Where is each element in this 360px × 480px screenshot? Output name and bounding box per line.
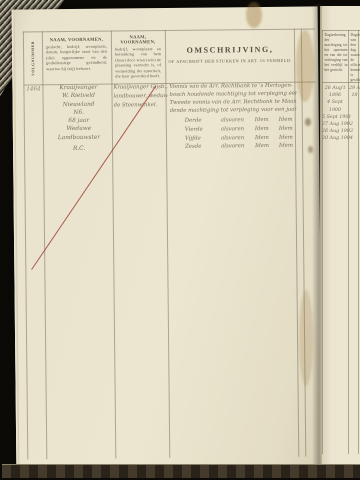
requester-column-header: NAAM, VOORNAMEN, bedrijf, woonplaats en … bbox=[112, 34, 164, 79]
rp-column1-dates: 26 Aug't18964 Sept19005 Sept 190127 Aug … bbox=[322, 86, 348, 144]
paper-stain bbox=[246, 2, 262, 28]
table-left-border bbox=[23, 31, 28, 459]
record-description-rows: DerdealsvorenIdemIdemVierdealsvorenIdemI… bbox=[185, 117, 297, 153]
book-bottom-edge bbox=[2, 464, 360, 478]
patient-header-title: NAAM, VOORNAMEN, bbox=[43, 37, 110, 43]
requester-header-subtitle: bedrijf, woonplaats en betrekking van he… bbox=[112, 46, 164, 79]
paper-stain bbox=[299, 290, 313, 386]
rp-column1-header: Dagteekening der machtiging tot het opne… bbox=[323, 31, 349, 75]
record-volgnummer: 1464 bbox=[21, 86, 45, 92]
page-edge-highlight bbox=[12, 10, 20, 468]
table-top-rule bbox=[23, 28, 315, 32]
book-photo: VOLGNUMMER NAAM, VOORNAMEN, geslacht, be… bbox=[0, 0, 360, 480]
volgnummer-column-header: VOLGNUMMER bbox=[23, 31, 43, 84]
paper-stain bbox=[296, 30, 314, 102]
requester-header-title: NAAM, VOORNAMEN, bbox=[112, 34, 164, 45]
patient-header-subtitle: geslacht, bedrijf, woonplaats, datum, bu… bbox=[43, 44, 110, 72]
description-header-title: OMSCHRIJVING, bbox=[166, 45, 294, 55]
description-column-header: OMSCHRIJVING, OF AFSCHRIFT DER STUKKEN I… bbox=[166, 45, 294, 64]
register-left-page: VOLGNUMMER NAAM, VOORNAMEN, geslacht, be… bbox=[12, 6, 323, 467]
rp-column2-header: Dagteekening van den dag waarop de offic… bbox=[349, 31, 360, 85]
record-description-text: Vonnis van de Arr. Rechtbank te 's Herto… bbox=[169, 83, 296, 116]
volgnummer-label: VOLGNUMMER bbox=[30, 40, 34, 75]
description-header-subtitle: OF AFSCHRIFT DER STUKKEN IN ART. 16 VERM… bbox=[166, 58, 294, 64]
ink-speck bbox=[305, 118, 311, 126]
rp-column2-dates: 29 A18 bbox=[349, 86, 360, 100]
record-patient-details: KraaijvangerW. RietveldNieuwlandN6.68 ja… bbox=[44, 85, 113, 155]
patient-column-header: NAAM, VOORNAMEN, geslacht, bedrijf, woon… bbox=[43, 37, 110, 72]
ink-speck bbox=[308, 146, 313, 153]
